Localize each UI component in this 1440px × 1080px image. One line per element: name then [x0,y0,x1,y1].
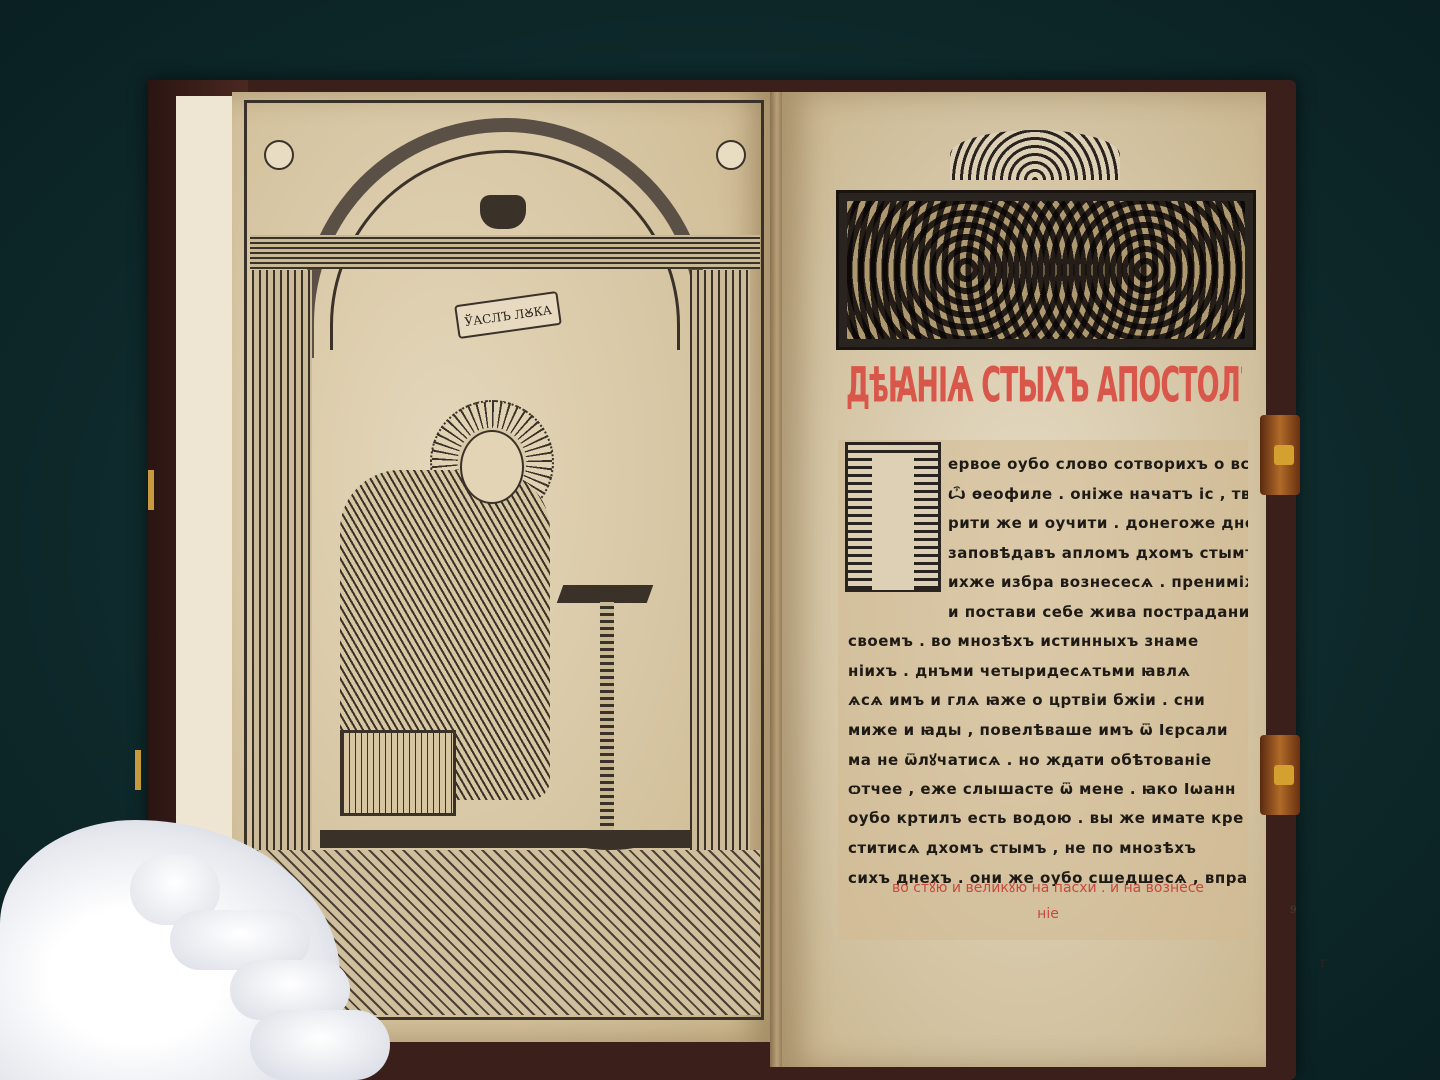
glove-finger [250,1010,390,1080]
initial-letter: П [848,445,849,446]
rubric-line: ніе [848,901,1248,927]
floral-headpiece [836,190,1256,350]
red-rubric: во стꙋю и великꙋю на пасхи . и на вознес… [848,875,1248,927]
clasp-plate-icon [1274,445,1294,465]
corner-roundel-left [264,140,294,170]
ink-mark: 9 [1290,905,1296,916]
text-line: ервое оубо слово сотворихъ о всѣхъ , [848,455,1248,485]
text-line: ститисѧ дхомъ стымъ , не по мнозѣхъ [848,839,1248,869]
architrave-beam [250,235,760,269]
left-column [252,270,312,870]
clasp-plate-icon [1274,765,1294,785]
corner-roundel-right [716,140,746,170]
flower-vase-ornament [480,195,526,229]
evangelist-head [460,430,524,504]
text-line: ніихъ . днъми четыридесѧтьми ꙗвлѧ [848,662,1248,692]
clasp-pin-left-top [148,470,154,510]
floor-slab [320,830,690,848]
text-line: ихже избра вознесесѧ . прениміже [848,573,1248,603]
red-title-ligature: ДѣꙖНІѦ СТЫХЪ АПОСТОЛЪ [846,360,1242,414]
desk-stand [600,600,614,840]
text-line: своемъ . во мнозѣхъ истинныхъ знаме [848,632,1248,662]
text-line: рити же и оучити . донегоже дне , [848,514,1248,544]
text-line: миже и ꙗды , повелѣваше имъ ѿ Ієрсали [848,721,1248,751]
text-line: заповѣдавъ апломъ дхомъ стымъ , [848,544,1248,574]
seat-bench [340,730,456,816]
text-line: и постави себе жива пострадании [848,603,1248,633]
text-line: оубо кртилъ есть водою . вы же имате кре [848,809,1248,839]
text-line: ѻтчее , еже слышасте ѿ мене . ꙗко Іѡанн [848,780,1248,810]
text-line: ѽ ѳеофиле . онiже начатъ ic , тво [848,485,1248,515]
text-line: ма не ѿлꙋчатисѧ . но ждати обѣтованіе [848,750,1248,780]
clasp-pin-left-bottom [135,750,141,790]
rubric-line: во стꙋю и великꙋю на пасхи . и на вознес… [848,875,1248,901]
body-text-block: ервое оубо слово сотворихъ о всѣхъ , ѽ ѳ… [848,455,1248,898]
right-column [690,270,750,870]
folio-mark: г [1320,955,1327,971]
headpiece-crest [950,130,1120,180]
text-line: ѧсѧ имъ и глѧ ꙗже о цртвіи бжіи . сни [848,691,1248,721]
